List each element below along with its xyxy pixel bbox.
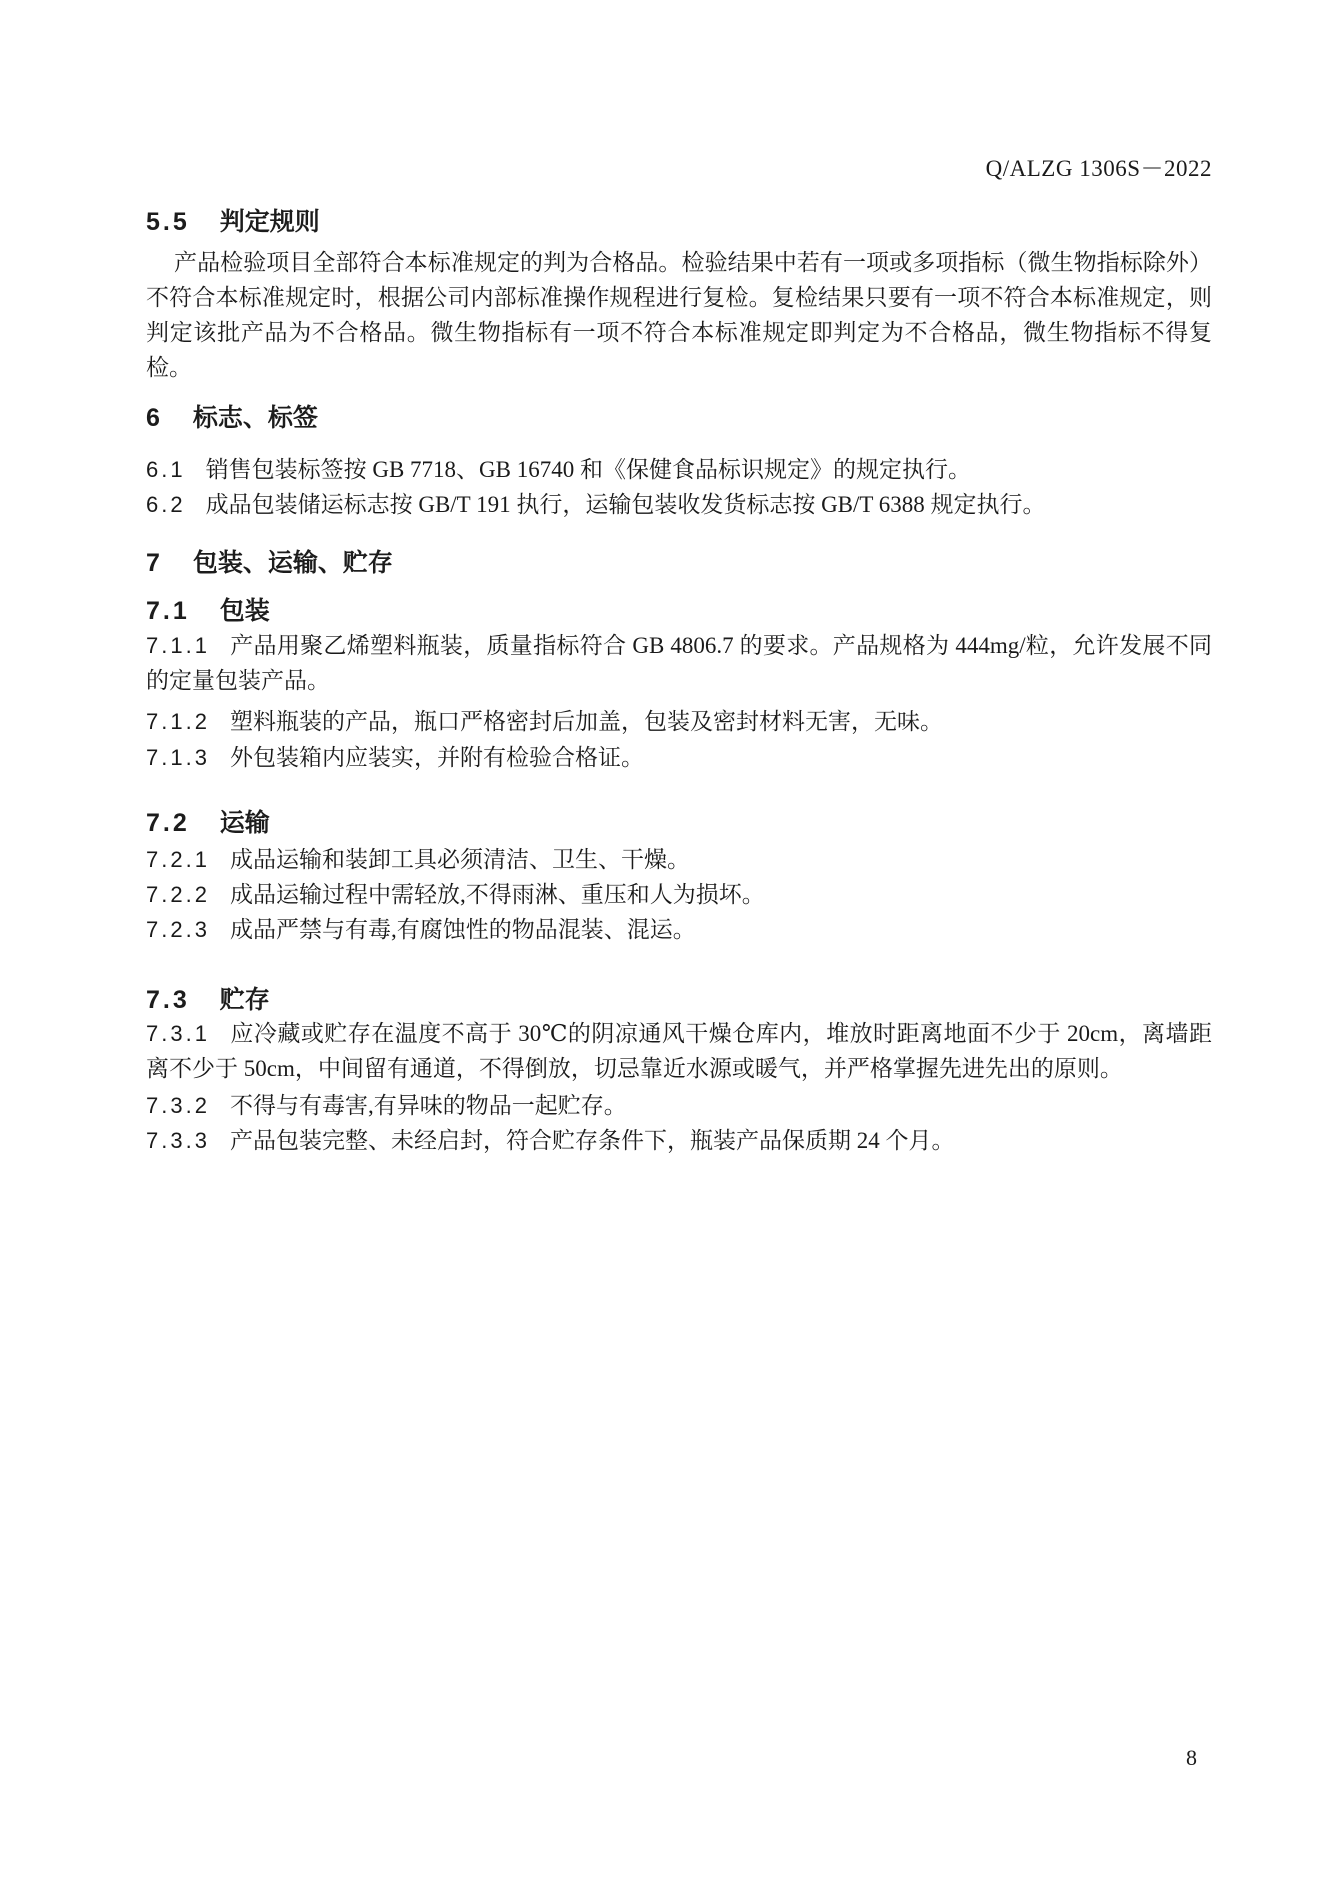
clause-7-1-2-number: 7.1.2 bbox=[146, 709, 210, 734]
clause-7-3-2-text: 不得与有毒害,有异味的物品一起贮存。 bbox=[230, 1093, 627, 1118]
clause-7-1-1-number: 7.1.1 bbox=[146, 633, 210, 658]
heading-7-3-number: 7.3 bbox=[146, 986, 190, 1014]
heading-7-3-title: 贮存 bbox=[220, 986, 270, 1014]
heading-5-5-title: 判定规则 bbox=[220, 208, 320, 236]
heading-6-number: 6 bbox=[146, 404, 163, 432]
clause-7-3-3-number: 7.3.3 bbox=[146, 1128, 210, 1153]
clause-7-3-2-number: 7.3.2 bbox=[146, 1093, 210, 1118]
clause-7-2-3-text: 成品严禁与有毒,有腐蚀性的物品混装、混运。 bbox=[230, 917, 696, 942]
doc-header: Q/ALZG 1306S－2022 bbox=[146, 155, 1212, 183]
heading-7-2-title: 运输 bbox=[220, 809, 270, 837]
heading-7-1-number: 7.1 bbox=[146, 597, 190, 625]
doc-code: Q/ALZG 1306S－2022 bbox=[986, 156, 1212, 181]
page-content: Q/ALZG 1306S－2022 5.5判定规则 产品检验项目全部符合本标准规… bbox=[0, 0, 1344, 1158]
heading-7: 7包装、运输、贮存 bbox=[146, 548, 1212, 578]
clause-7-1-2-text: 塑料瓶装的产品，瓶口严格密封后加盖，包装及密封材料无害，无味。 bbox=[230, 709, 943, 734]
clause-7-3-3: 7.3.3产品包装完整、未经启封，符合贮存条件下，瓶装产品保质期 24 个月。 bbox=[146, 1123, 1212, 1158]
heading-6: 6标志、标签 bbox=[146, 403, 1212, 433]
heading-5-5-number: 5.5 bbox=[146, 208, 190, 236]
clause-7-2-2-text: 成品运输过程中需轻放,不得雨淋、重压和人为损坏。 bbox=[230, 882, 765, 907]
clause-7-1-1-text: 产品用聚乙烯塑料瓶装，质量指标符合 GB 4806.7 的要求。产品规格为 44… bbox=[146, 633, 1212, 693]
clause-7-3-2: 7.3.2不得与有毒害,有异味的物品一起贮存。 bbox=[146, 1088, 1212, 1123]
clause-7-1-2: 7.1.2塑料瓶装的产品，瓶口严格密封后加盖，包装及密封材料无害，无味。 bbox=[146, 704, 1212, 739]
clause-7-2-3-number: 7.2.3 bbox=[146, 917, 210, 942]
clause-7-2-1-text: 成品运输和装卸工具必须清洁、卫生、干燥。 bbox=[230, 847, 690, 872]
heading-5-5: 5.5判定规则 bbox=[146, 207, 1212, 237]
heading-7-2: 7.2运输 bbox=[146, 808, 1212, 838]
heading-7-title: 包装、运输、贮存 bbox=[193, 549, 393, 577]
clause-7-2-2-number: 7.2.2 bbox=[146, 882, 210, 907]
clause-6-1: 6.1销售包装标签按 GB 7718、GB 16740 和《保健食品标识规定》的… bbox=[146, 452, 1212, 487]
page-number: 8 bbox=[1186, 1745, 1197, 1770]
clause-7-1-3-number: 7.1.3 bbox=[146, 745, 210, 770]
heading-7-1: 7.1包装 bbox=[146, 596, 1212, 626]
clause-6-2: 6.2成品包装储运标志按 GB/T 191 执行，运输包装收发货标志按 GB/T… bbox=[146, 487, 1212, 522]
clause-7-2-2: 7.2.2成品运输过程中需轻放,不得雨淋、重压和人为损坏。 bbox=[146, 877, 1212, 912]
clause-7-3-1-number: 7.3.1 bbox=[146, 1021, 210, 1046]
clause-6-1-number: 6.1 bbox=[146, 457, 186, 482]
clause-6-2-text: 成品包装储运标志按 GB/T 191 执行，运输包装收发货标志按 GB/T 63… bbox=[206, 492, 1046, 517]
document-page: Q/ALZG 1306S－2022 5.5判定规则 产品检验项目全部符合本标准规… bbox=[0, 0, 1344, 1900]
clause-7-2-1-number: 7.2.1 bbox=[146, 847, 210, 872]
clause-7-3-1-text: 应冷藏或贮存在温度不高于 30℃的阴凉通风干燥仓库内，堆放时距离地面不少于 20… bbox=[146, 1021, 1212, 1081]
heading-7-1-title: 包装 bbox=[220, 597, 270, 625]
paragraph-5-5-body: 产品检验项目全部符合本标准规定的判为合格品。检验结果中若有一项或多项指标（微生物… bbox=[146, 245, 1212, 385]
clause-7-1-3: 7.1.3外包装箱内应装实，并附有检验合格证。 bbox=[146, 740, 1212, 775]
page-footer: 8 bbox=[1186, 1745, 1197, 1771]
clause-7-1-3-text: 外包装箱内应装实，并附有检验合格证。 bbox=[230, 745, 644, 770]
clause-6-1-text: 销售包装标签按 GB 7718、GB 16740 和《保健食品标识规定》的规定执… bbox=[206, 457, 971, 482]
heading-6-title: 标志、标签 bbox=[193, 404, 318, 432]
clause-7-3-3-text: 产品包装完整、未经启封，符合贮存条件下，瓶装产品保质期 24 个月。 bbox=[230, 1128, 955, 1153]
clause-7-3-1: 7.3.1应冷藏或贮存在温度不高于 30℃的阴凉通风干燥仓库内，堆放时距离地面不… bbox=[146, 1016, 1212, 1086]
heading-7-number: 7 bbox=[146, 549, 163, 577]
clause-7-2-1: 7.2.1成品运输和装卸工具必须清洁、卫生、干燥。 bbox=[146, 842, 1212, 877]
clause-7-2-3: 7.2.3成品严禁与有毒,有腐蚀性的物品混装、混运。 bbox=[146, 912, 1212, 947]
clause-6-2-number: 6.2 bbox=[146, 492, 186, 517]
clause-7-1-1: 7.1.1产品用聚乙烯塑料瓶装，质量指标符合 GB 4806.7 的要求。产品规… bbox=[146, 628, 1212, 698]
heading-7-2-number: 7.2 bbox=[146, 809, 190, 837]
heading-7-3: 7.3贮存 bbox=[146, 985, 1212, 1015]
